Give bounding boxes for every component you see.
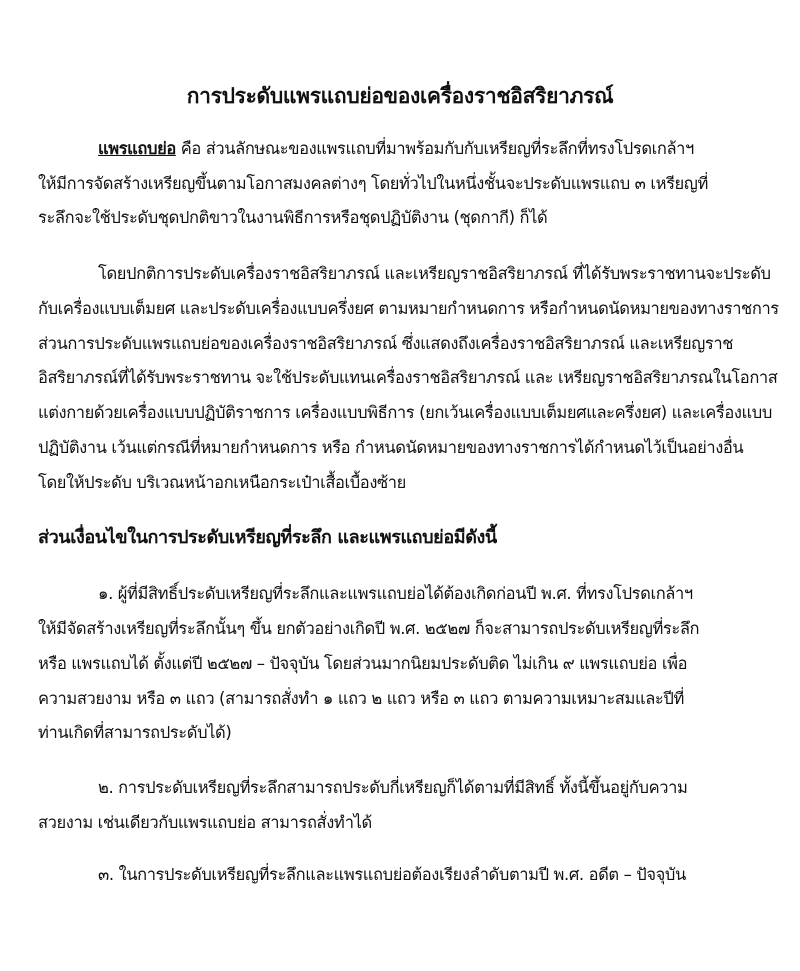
- section-heading: ส่วนเงื่อนไขในการประดับเหรียญที่ระลึก แล…: [38, 522, 770, 551]
- document-page: การประดับแพรแถบย่อของเครื่องราชอิสริยาภร…: [0, 0, 800, 971]
- condition-1-line-1: ๑. ผู้ที่มีสิทธิ์ประดับเหรียญที่ระลึกและ…: [98, 581, 770, 607]
- condition-3-line-1: ๓. ในการประดับเหรียญที่ระลึกและแพรแถบย่อ…: [98, 862, 770, 888]
- document-title: การประดับแพรแถบย่อของเครื่องราชอิสริยาภร…: [0, 80, 800, 113]
- para2-line-3: ส่วนการประดับแพรแถบย่อของเครื่องราชอิสริ…: [38, 331, 770, 357]
- condition-1-line-3: หรือ แพรแถบได้ ตั้งแต่ปี ๒๕๒๗ – ปัจจุบัน…: [38, 651, 770, 677]
- condition-2-line-1: ๒. การประดับเหรียญที่ระลึกสามารถประดับกี…: [98, 775, 770, 801]
- para2-line-4: อิสริยาภรณ์ที่ได้รับพระราชทาน จะใช้ประดั…: [38, 365, 770, 391]
- para2-line-2: กับเครื่องแบบเต็มยศ และประดับเครื่องแบบค…: [38, 296, 770, 322]
- para2-line-6: ปฏิบัติงาน เว้นแต่กรณีที่หมายกำหนดการ หร…: [38, 435, 770, 461]
- condition-1-line-4: ความสวยงาม หรือ ๓ แถว (สามารถสั่งทำ ๑ แถ…: [38, 686, 770, 712]
- condition-1-line-5: ท่านเกิดที่สามารถประดับได้): [38, 720, 770, 746]
- term-highlight: แพรแถบย่อ: [98, 139, 176, 158]
- intro-line-1: แพรแถบย่อ คือ ส่วนลักษณะของแพรแถบที่มาพร…: [98, 136, 770, 162]
- para2-line-1: โดยปกติการประดับเครื่องราชอิสริยาภรณ์ แล…: [98, 261, 770, 287]
- condition-1-line-2: ให้มีจัดสร้างเหรียญที่ระลึกนั้นๆ ขึ้น ยก…: [38, 616, 770, 642]
- intro-line-2: ให้มีการจัดสร้างเหรียญขึ้นตามโอกาสมงคลต่…: [38, 171, 770, 197]
- para2-line-5: แต่งกายด้วยเครื่องแบบปฏิบัติราชการ เครื่…: [38, 400, 770, 426]
- para2-line-7: โดยให้ประดับ บริเวณหน้าอกเหนือกระเป๋าเสื…: [38, 470, 770, 496]
- intro-line-3: ระลึกจะใช้ประดับชุดปกติขาวในงานพิธีการหร…: [38, 205, 770, 231]
- condition-2-line-2: สวยงาม เช่นเดียวกับแพรแถบย่อ สามารถสั่งท…: [38, 810, 770, 836]
